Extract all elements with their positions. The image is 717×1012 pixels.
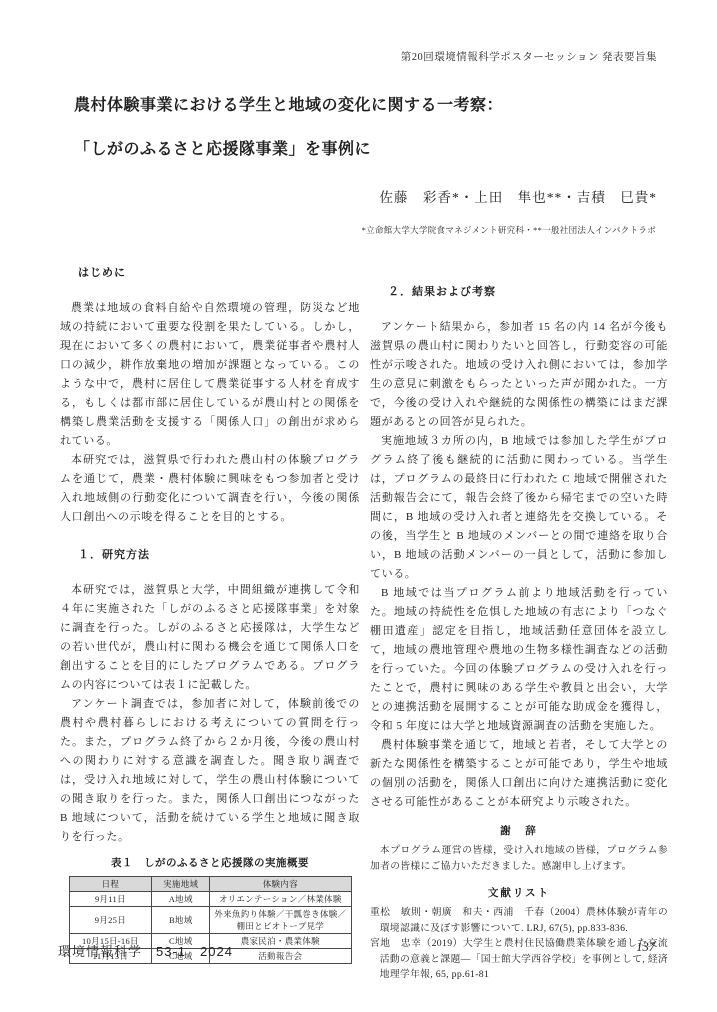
intro-paragraph-2: 本研究では，滋賀県で行われた農山村の体験プログラムを通じて，農業・農村体験に興味… bbox=[60, 451, 360, 527]
results-heading: ２．結果および考察 bbox=[388, 283, 668, 302]
authors: 佐藤 彩香*・上田 隼也**・吉積 巳貴* bbox=[380, 186, 658, 206]
table-header-area: 実施地域 bbox=[152, 877, 210, 892]
cell-date: 9月11日 bbox=[69, 892, 152, 907]
cell-activity: 外来魚釣り体験／干瓢巻き体験／棚田とビオトープ見学 bbox=[210, 907, 351, 934]
table-header-activity: 体験内容 bbox=[210, 877, 351, 892]
acknowledgment-body: 本プログラム運営の皆様，受け入れ地域の皆様，プログラム参加者の皆様にご協力いただ… bbox=[370, 843, 668, 874]
cell-activity: オリエンテーション／林業体験 bbox=[210, 892, 351, 907]
reference-item-2: 宮地 忠幸（2019）大学生と農村住民協働農業体験を通した交流活動の意義と課題―… bbox=[370, 936, 668, 983]
results-paragraph-1: アンケート結果から，参加者 15 名の内 14 名が今後も滋賀県の農山村に関わり… bbox=[370, 318, 668, 432]
table-caption: 表１ しがのふるさと応援隊の実施概要 bbox=[60, 854, 360, 873]
intro-paragraph-1: 農業は地域の食料自給や自然環境の管理，防災など地域の持続において重要な役割を果た… bbox=[60, 299, 360, 451]
method-paragraph-2: アンケート調査では，参加者に対して，体験前後での農村や農村暮らしにおける考えにつ… bbox=[60, 695, 360, 847]
affiliation: *立命館大学大学院食マネジメント研究科・**一般社団法人インパクトラボ bbox=[362, 224, 656, 236]
acknowledgment-heading: 謝 辞 bbox=[370, 822, 668, 841]
reference-item-1: 重松 敏則・朝廣 和夫・西浦 千春（2004）農林体験が青年の環境認識に及ぼす影… bbox=[370, 905, 668, 936]
cell-date: 9月25日 bbox=[69, 907, 152, 934]
intro-heading: はじめに bbox=[78, 264, 360, 283]
paper-page: 第20回環境情報科学ポスターセッション 発表要旨集 農村体験事業における学生と地… bbox=[0, 0, 717, 1012]
results-paragraph-3: B 地域では当プログラム前より地域活動を行っていた。地域の持続性を危惧した地域の… bbox=[370, 584, 668, 736]
right-column: ２．結果および考察 アンケート結果から，参加者 15 名の内 14 名が今後も滋… bbox=[370, 262, 668, 983]
results-paragraph-2: 実施地域３カ所の内，B 地域では参加した学生がプログラム終了後も継続的に活動に関… bbox=[370, 432, 668, 584]
table-row: 9月25日 B地域 外来魚釣り体験／干瓢巻き体験／棚田とビオトープ見学 bbox=[69, 907, 351, 934]
references-heading: 文献リスト bbox=[370, 884, 668, 903]
method-heading: １．研究方法 bbox=[78, 546, 360, 565]
paper-title-line1: 農村体験事業における学生と地域の変化に関する一考察： bbox=[74, 92, 503, 115]
table-header-row: 日程 実施地域 体験内容 bbox=[69, 877, 351, 892]
paper-title-line2: 「しがのふるさと応援隊事業」を事例に bbox=[74, 136, 371, 159]
journal-footer: 環境情報科学 53-1 2024 bbox=[58, 941, 233, 960]
method-paragraph-1: 本研究では，滋賀県と大学，中間組織が連携して令和４年に実施された「しがのふるさと… bbox=[60, 581, 360, 695]
journal-header: 第20回環境情報科学ポスターセッション 発表要旨集 bbox=[401, 49, 657, 64]
table-header-date: 日程 bbox=[69, 877, 152, 892]
results-paragraph-4: 農村体験事業を通じて，地域と若者，そして大学との新たな関係性を構築することが可能… bbox=[370, 736, 668, 812]
cell-area: A地域 bbox=[152, 892, 210, 907]
left-column: はじめに 農業は地域の食料自給や自然環境の管理，防災など地域の持続において重要な… bbox=[60, 262, 360, 964]
page-number: 137 bbox=[636, 940, 655, 955]
cell-area: B地域 bbox=[152, 907, 210, 934]
table-row: 9月11日 A地域 オリエンテーション／林業体験 bbox=[69, 892, 351, 907]
